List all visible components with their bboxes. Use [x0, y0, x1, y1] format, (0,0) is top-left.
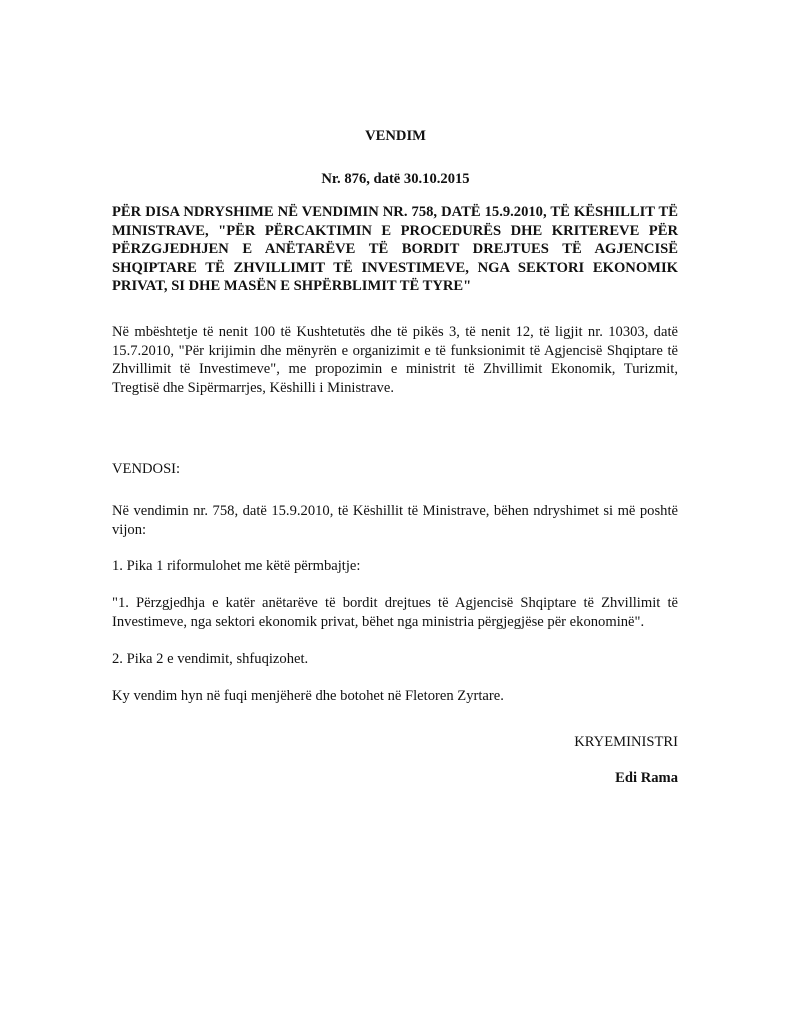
document-heading: VENDIM: [0, 128, 791, 145]
signature-title: KRYEMINISTRI: [112, 734, 678, 751]
decision-number-date: Nr. 876, datë 30.10.2015: [0, 171, 791, 188]
item-2: 2. Pika 2 e vendimit, shfuqizohet.: [112, 650, 678, 669]
item-1: 1. Pika 1 riformulohet me këtë përmbajtj…: [112, 557, 678, 576]
item-1-quote: "1. Përzgjedhja e katër anëtarëve të bor…: [112, 594, 678, 631]
entry-into-force-paragraph: Ky vendim hyn në fuqi menjëherë dhe boto…: [112, 687, 678, 706]
decision-subject: PËR DISA NDRYSHIME NË VENDIMIN NR. 758, …: [112, 203, 678, 296]
decided-label: VENDOSI:: [112, 460, 678, 479]
intro-paragraph: Në vendimin nr. 758, datë 15.9.2010, të …: [112, 502, 678, 539]
signature-name: Edi Rama: [112, 770, 678, 787]
document-page: VENDIM Nr. 876, datë 30.10.2015 PËR DISA…: [0, 0, 791, 1024]
legal-basis-paragraph: Në mbështetje të nenit 100 të Kushtetutë…: [112, 323, 678, 397]
